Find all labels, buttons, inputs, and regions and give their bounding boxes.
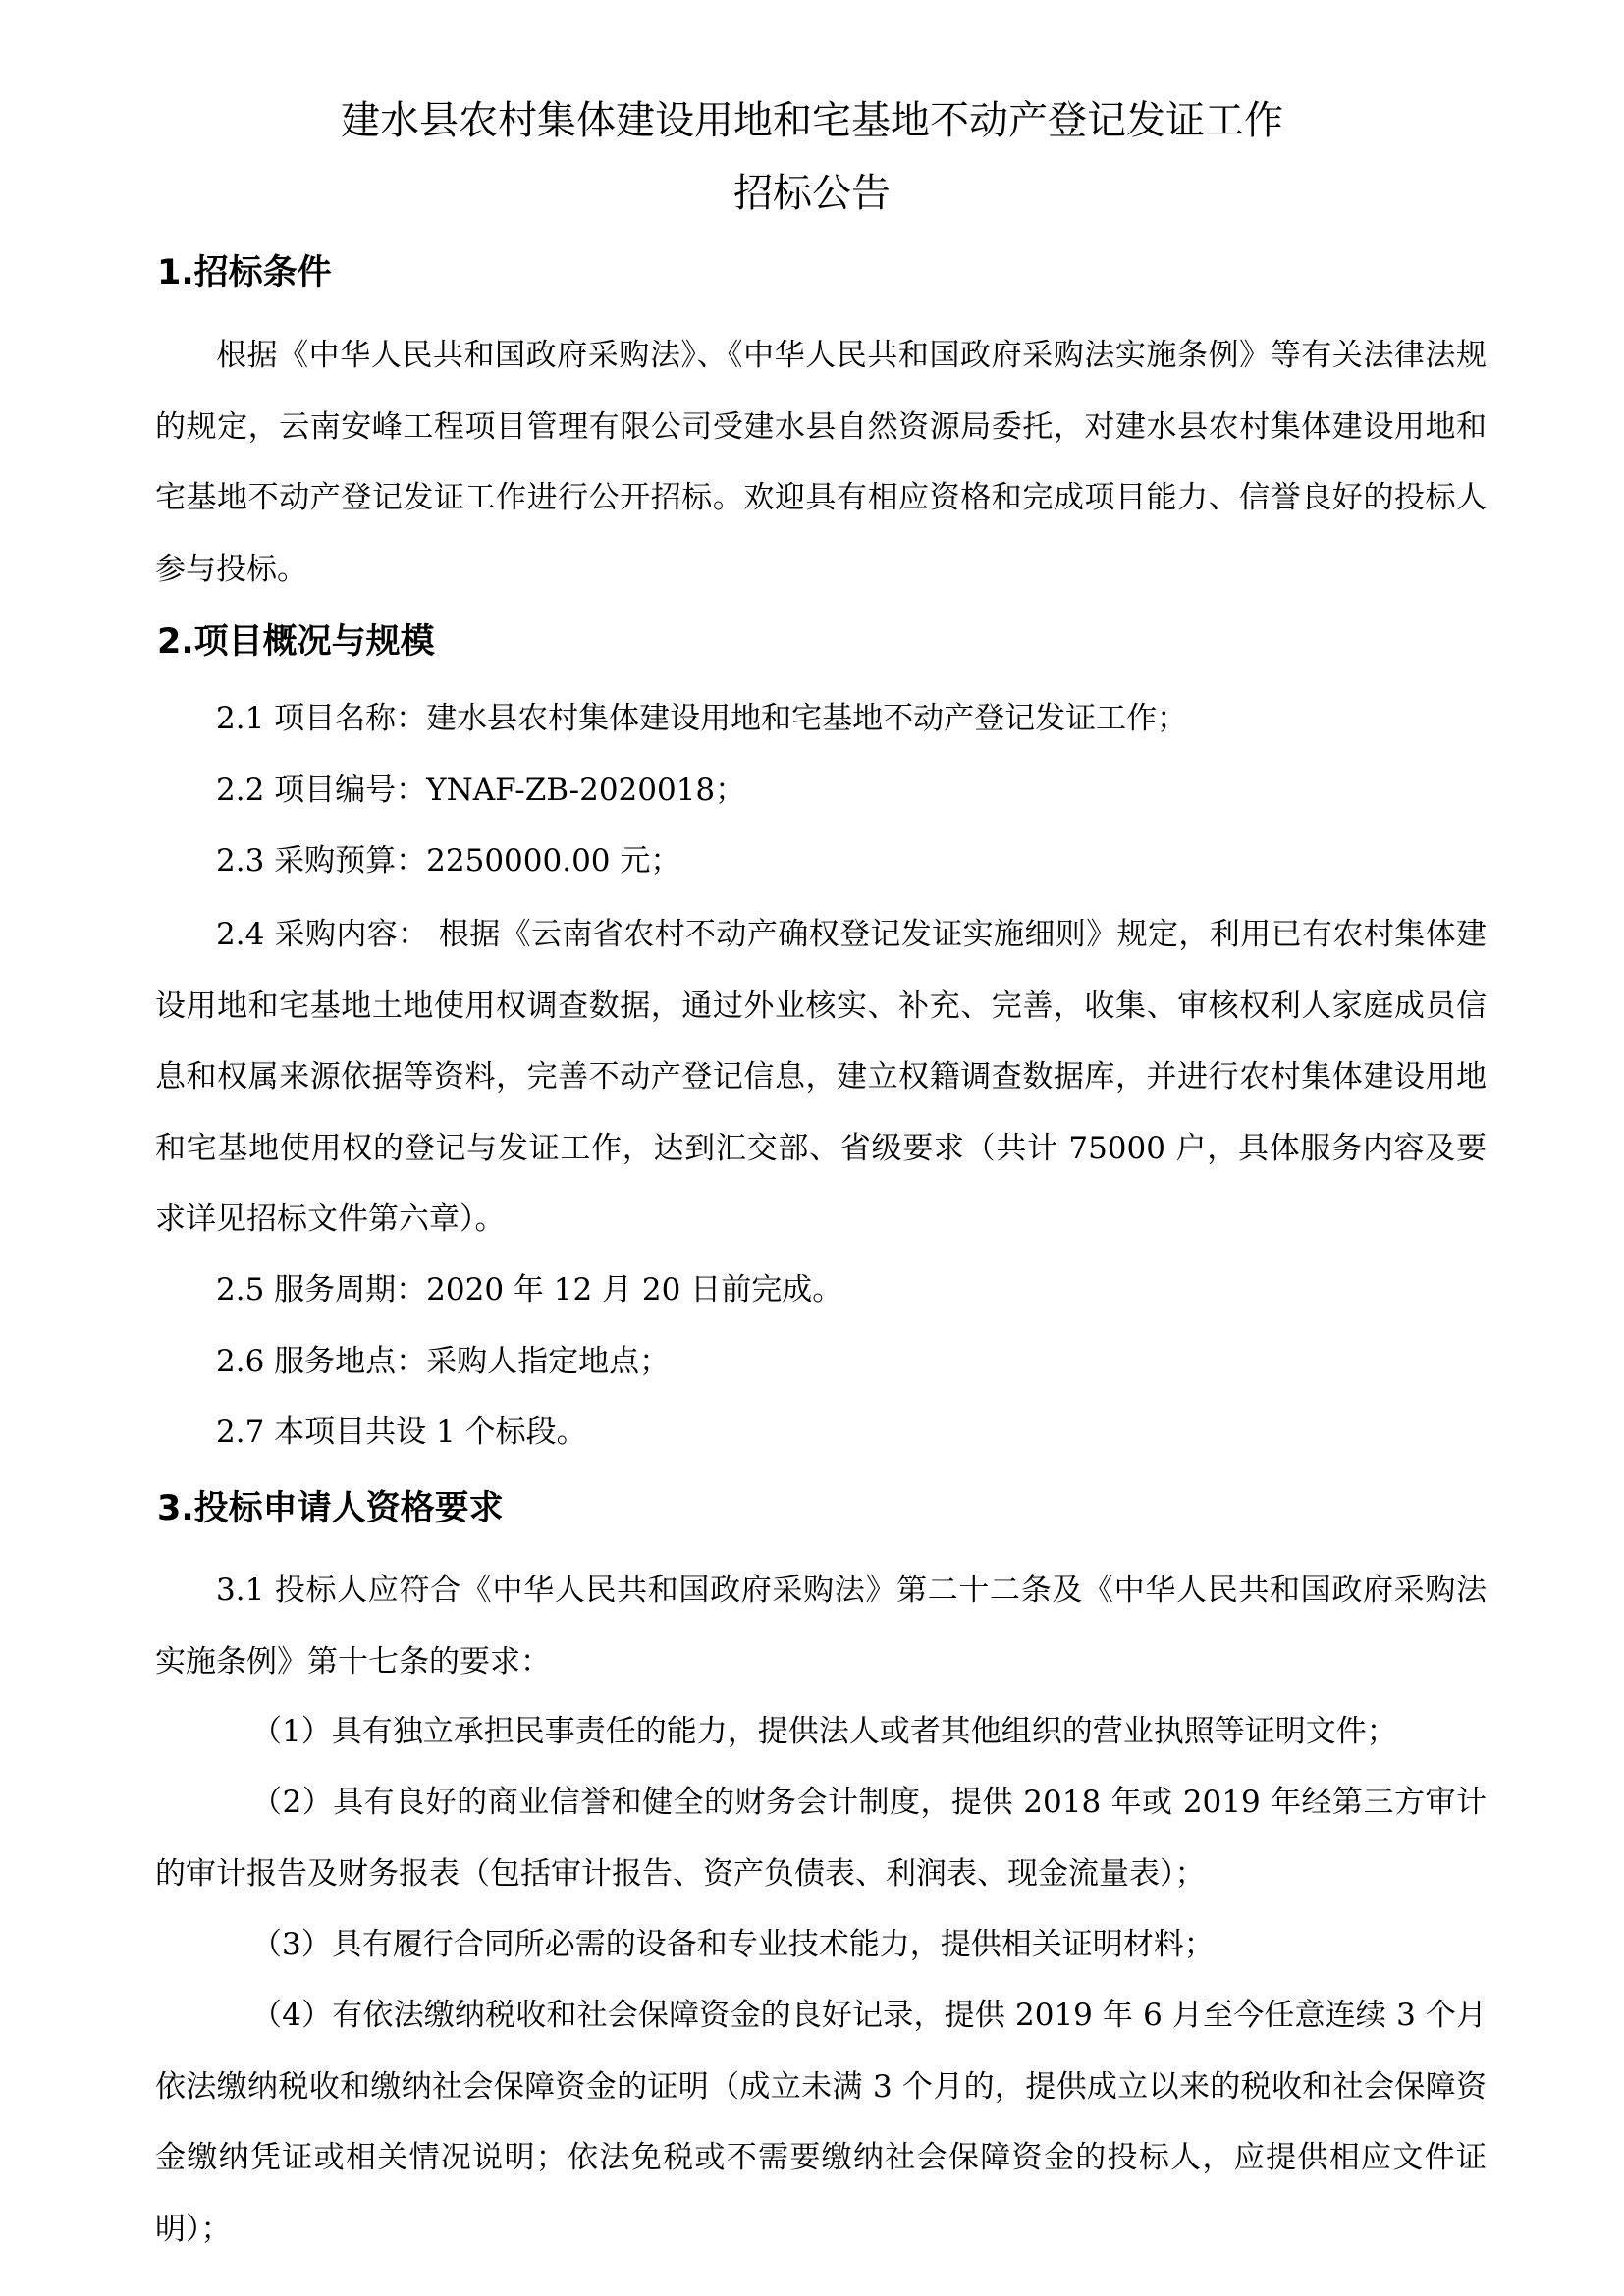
section-2-heading: 2.项目概况与规模: [157, 619, 435, 665]
item-2-5: 2.5 服务周期：2020 年 12 月 20 日前完成。: [155, 1255, 1487, 1326]
item-2-6: 2.6 服务地点：采购人指定地点；: [155, 1326, 1487, 1398]
section-3-heading: 3.投标申请人资格要求: [157, 1486, 504, 1531]
item-2-3: 2.3 采购预算：2250000.00 元；: [155, 826, 1487, 897]
requirement-3: （3）具有履行合同所必需的设备和专业技术能力，提供相关证明材料；: [155, 1909, 1487, 1981]
item-2-1: 2.1 项目名称：建水县农村集体建设用地和宅基地不动产登记发证工作；: [155, 683, 1487, 755]
requirement-1: （1）具有独立承担民事责任的能力，提供法人或者其他组织的营业执照等证明文件；: [155, 1696, 1487, 1768]
item-2-2: 2.2 项目编号：YNAF-ZB-2020018；: [155, 755, 1487, 827]
item-2-7: 2.7 本项目共设 1 个标段。: [155, 1397, 1487, 1468]
section-1-paragraph: 根据《中华人民共和国政府采购法》、《中华人民共和国政府采购法实施条例》等有关法律…: [155, 320, 1487, 605]
requirement-2: （2）具有良好的商业信誉和健全的财务会计制度，提供 2018 年或 2019 年…: [155, 1767, 1487, 1909]
section-1-heading: 1.招标条件: [157, 250, 332, 295]
requirement-4: （4）有依法缴纳税收和社会保障资金的良好记录，提供 2019 年 6 月至今任意…: [155, 1980, 1487, 2265]
item-3-1: 3.1 投标人应符合《中华人民共和国政府采购法》第二十二条及《中华人民共和国政府…: [155, 1555, 1487, 1697]
document-page: 建水县农村集体建设用地和宅基地不动产登记发证工作 招标公告 1.招标条件 根据《…: [0, 0, 1624, 2296]
document-subtitle: 招标公告: [0, 169, 1624, 218]
document-title: 建水县农村集体建设用地和宅基地不动产登记发证工作: [0, 96, 1624, 145]
item-2-4: 2.4 采购内容： 根据《云南省农村不动产确权登记发证实施细则》规定，利用已有农…: [155, 899, 1487, 1255]
